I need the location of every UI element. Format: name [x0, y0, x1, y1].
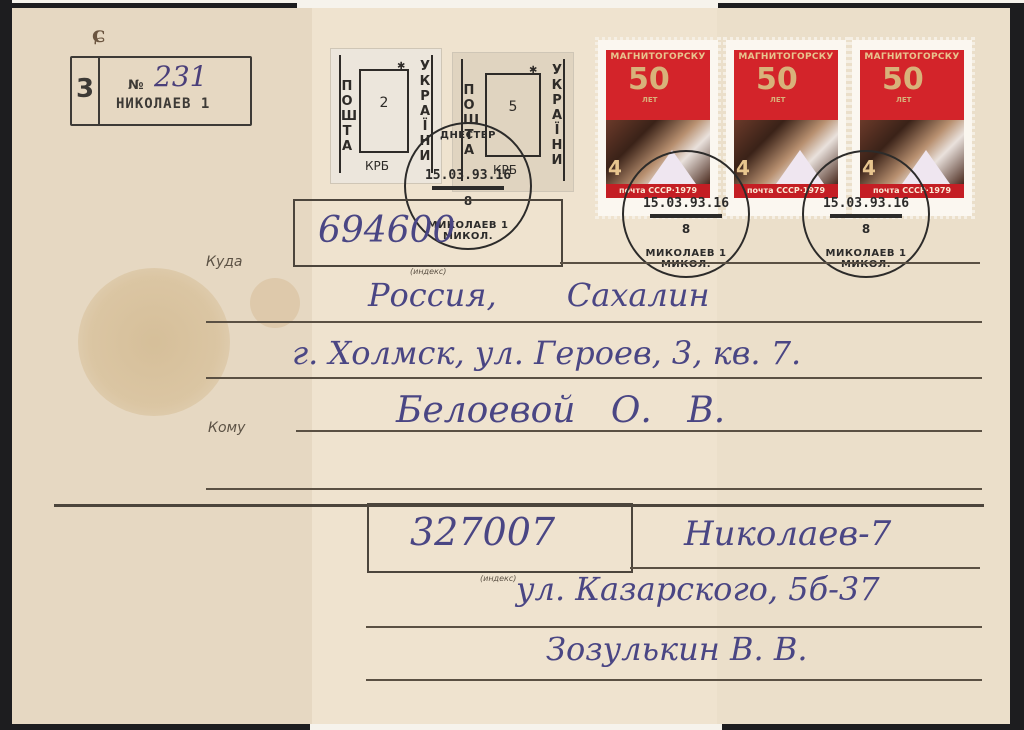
registration-city: НИКОЛАЕВ 1 [116, 96, 210, 112]
stamp-value: 5 [487, 99, 539, 115]
address-line [296, 430, 982, 432]
stamp-anniversary: 50 [882, 62, 924, 97]
scan-frame-left [0, 0, 12, 730]
registration-box-number: 3 [72, 58, 100, 124]
postmark: 15.03.93.16 8 МИКОЛАЕВ 1 МИКОЛ. [622, 150, 750, 278]
star-icon: ✱ [529, 65, 537, 76]
stamp-anniversary: 50 [628, 62, 670, 97]
stamp-right-text: УКРАЇНИ [551, 63, 563, 168]
postmark-code: 8 [804, 222, 928, 236]
stamp-left-text: ПОШТА [341, 79, 353, 154]
sender-street: ул. Казарского, 5б-37 [516, 570, 880, 608]
stamp-denomination: 4 [608, 156, 622, 180]
address-line [366, 626, 982, 628]
postmark-ring-text: МИКОЛАЕВ 1 МИКОЛ. [810, 248, 922, 270]
stamp-currency: КРБ [365, 159, 389, 173]
recipient-index-caption: (индекс) [410, 267, 446, 276]
stain [78, 268, 230, 416]
star-icon: ✱ [397, 61, 405, 72]
postmark-code: 8 [624, 222, 748, 236]
sender-index-caption: (индекс) [480, 574, 516, 583]
postmark-date: 15.03.93.16 [406, 168, 530, 183]
recipient-address-line1: Россия, Сахалин [368, 276, 710, 314]
to-whom-label: Кому [208, 420, 245, 436]
stamp-anniversary: 50 [756, 62, 798, 97]
postmark-top-text: ДНЕСТЕР [412, 130, 524, 141]
postmark-date: 15.03.93.16 [624, 196, 748, 211]
stamp-city: МАГНИТОГОРСКУ [734, 52, 838, 62]
postmark-ring-text: МИКОЛАЕВ 1 МИКОЛ. [630, 248, 742, 270]
stamp-years: ЛЕТ [642, 96, 657, 104]
recipient-index: 694600 [318, 210, 455, 251]
registration-number: 231 [154, 60, 207, 93]
address-line [630, 567, 980, 569]
postmark-date: 15.03.93.16 [804, 196, 928, 211]
address-line [366, 679, 982, 681]
stamp-years: ЛЕТ [770, 96, 785, 104]
stamp-years: ЛЕТ [896, 96, 911, 104]
sender-name: Зозулькин В. В. [546, 630, 808, 668]
registration-label: 3 № 231 НИКОЛАЕВ 1 [70, 56, 252, 126]
ink-blot: ɕ [92, 22, 105, 48]
address-line [206, 377, 982, 379]
postmark: 15.03.93.16 8 МИКОЛАЕВ 1 МИКОЛ. [802, 150, 930, 278]
scan-frame-right [1010, 8, 1024, 730]
address-line [206, 321, 982, 323]
to-where-label: Куда [206, 254, 242, 270]
stamp-value: 2 [361, 95, 407, 111]
stamp-city: МАГНИТОГОРСКУ [860, 52, 964, 62]
address-line [206, 488, 982, 490]
sender-city: Николаев-7 [684, 514, 891, 554]
registration-number-prefix: № [128, 78, 144, 93]
recipient-name: Белоевой О. В. [396, 390, 725, 431]
sender-index: 327007 [410, 510, 555, 554]
recipient-address-line2: г. Холмск, ул. Героев, 3, кв. 7. [292, 334, 801, 372]
address-line [560, 262, 980, 264]
stamp-city: МАГНИТОГОРСКУ [606, 52, 710, 62]
